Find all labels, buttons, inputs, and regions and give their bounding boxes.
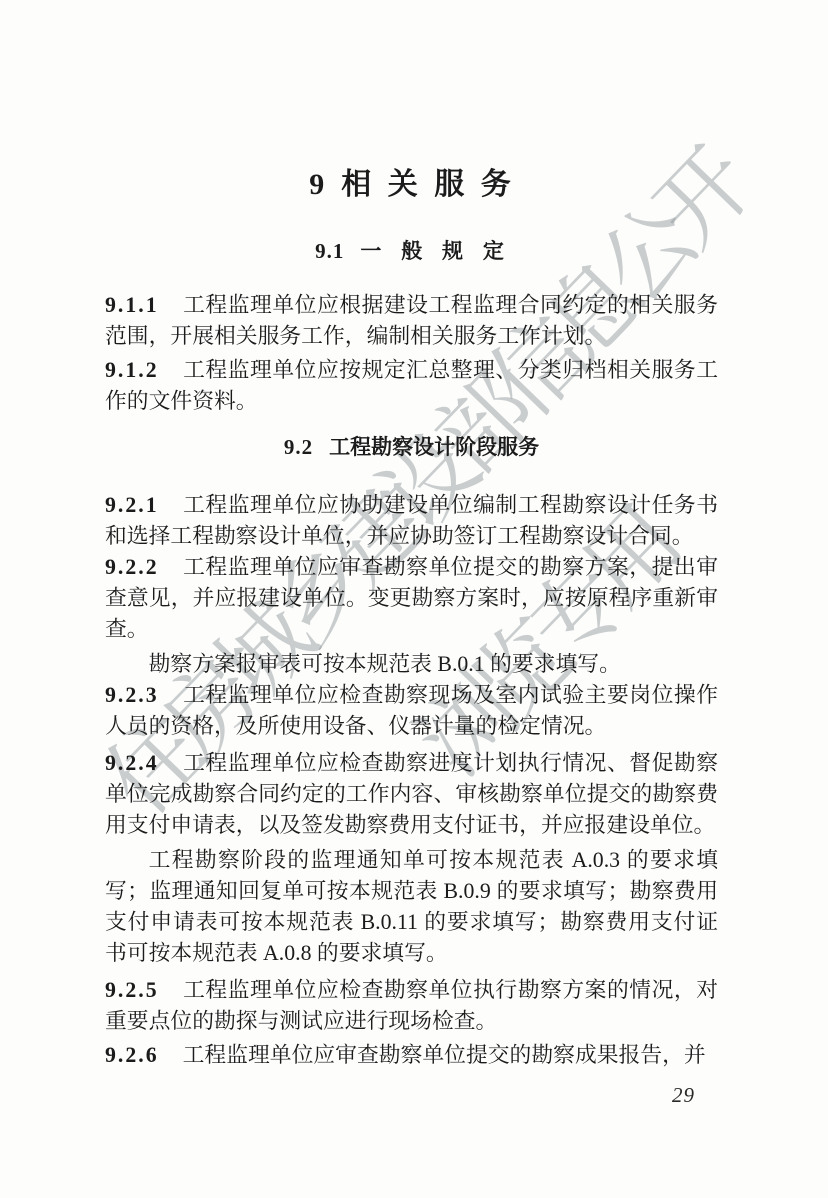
clause-number: 9.2.1 xyxy=(105,493,159,517)
clause-number: 9.2.6 xyxy=(105,1043,159,1067)
section-title: 工程勘察设计阶段服务 xyxy=(329,436,539,459)
section-heading-9-2: 9.2工程勘察设计阶段服务 xyxy=(105,434,718,461)
chapter-number: 9 xyxy=(309,168,327,201)
clause-number: 9.1.2 xyxy=(105,358,159,382)
page-content: 9相 关 服 务 9.1一 般 规 定 9.1.1工程监理单位应根据建设工程监理… xyxy=(0,166,828,1071)
clause-paragraph: 9.2.5工程监理单位应检查勘察单位执行勘察方案的情况，对重要点位的勘探与测试应… xyxy=(105,975,718,1037)
clause-number: 9.2.2 xyxy=(105,555,159,579)
clause-number: 9.2.4 xyxy=(105,751,159,775)
page-number: 29 xyxy=(672,1083,695,1108)
section-title: 一 般 规 定 xyxy=(360,240,508,263)
clause-text: 工程监理单位应检查勘察进度计划执行情况、督促勘察单位完成勘察合同约定的工作内容、… xyxy=(105,751,718,837)
chapter-title-text: 相 关 服 务 xyxy=(341,168,514,201)
clause-text: 工程监理单位应协助建设单位编制工程勘察设计任务书和选择工程勘察设计单位，并应协助… xyxy=(105,493,718,548)
clause-text: 工程监理单位应根据建设工程监理合同约定的相关服务范围，开展相关服务工作，编制相关… xyxy=(105,293,718,348)
section-number: 9.2 xyxy=(284,435,313,459)
note-paragraph: 工程勘察阶段的监理通知单可按本规范表 A.0.3 的要求填写；监理通知回复单可按… xyxy=(105,845,718,969)
note-paragraph: 勘察方案报审表可按本规范表 B.0.1 的要求填写。 xyxy=(105,649,718,680)
scanned-document-page: 住房城乡建设部信息公开 浏览专用 9相 关 服 务 9.1一 般 规 定 9.1… xyxy=(0,0,828,1198)
clause-paragraph: 9.2.1工程监理单位应协助建设单位编制工程勘察设计任务书和选择工程勘察设计单位… xyxy=(105,490,718,552)
clause-paragraph: 9.1.1工程监理单位应根据建设工程监理合同约定的相关服务范围，开展相关服务工作… xyxy=(105,290,718,352)
clause-text: 工程监理单位应审查勘察单位提交的勘察方案，提出审查意见，并应报建设单位。变更勘察… xyxy=(105,555,718,641)
clause-text: 工程监理单位应检查勘察现场及室内试验主要岗位操作人员的资格，及所使用设备、仪器计… xyxy=(105,683,718,738)
clause-paragraph: 9.2.6工程监理单位应审查勘察单位提交的勘察成果报告，并 xyxy=(105,1040,718,1071)
section-number: 9.1 xyxy=(315,239,344,263)
clause-paragraph: 9.1.2工程监理单位应按规定汇总整理、分类归档相关服务工作的文件资料。 xyxy=(105,355,718,417)
clause-text: 工程监理单位应审查勘察单位提交的勘察成果报告，并 xyxy=(183,1043,706,1067)
clause-number: 9.1.1 xyxy=(105,293,159,317)
clause-paragraph: 9.2.3工程监理单位应检查勘察现场及室内试验主要岗位操作人员的资格，及所使用设… xyxy=(105,680,718,742)
chapter-title: 9相 关 服 务 xyxy=(105,166,718,204)
clause-paragraph: 9.2.4工程监理单位应检查勘察进度计划执行情况、督促勘察单位完成勘察合同约定的… xyxy=(105,748,718,841)
clause-text: 工程监理单位应按规定汇总整理、分类归档相关服务工作的文件资料。 xyxy=(105,358,718,413)
clause-paragraph: 9.2.2工程监理单位应审查勘察单位提交的勘察方案，提出审查意见，并应报建设单位… xyxy=(105,552,718,645)
clause-text: 工程监理单位应检查勘察单位执行勘察方案的情况，对重要点位的勘探与测试应进行现场检… xyxy=(105,978,718,1033)
clause-number: 9.2.3 xyxy=(105,683,159,707)
clause-number: 9.2.5 xyxy=(105,978,159,1002)
section-heading-9-1: 9.1一 般 规 定 xyxy=(105,238,718,265)
